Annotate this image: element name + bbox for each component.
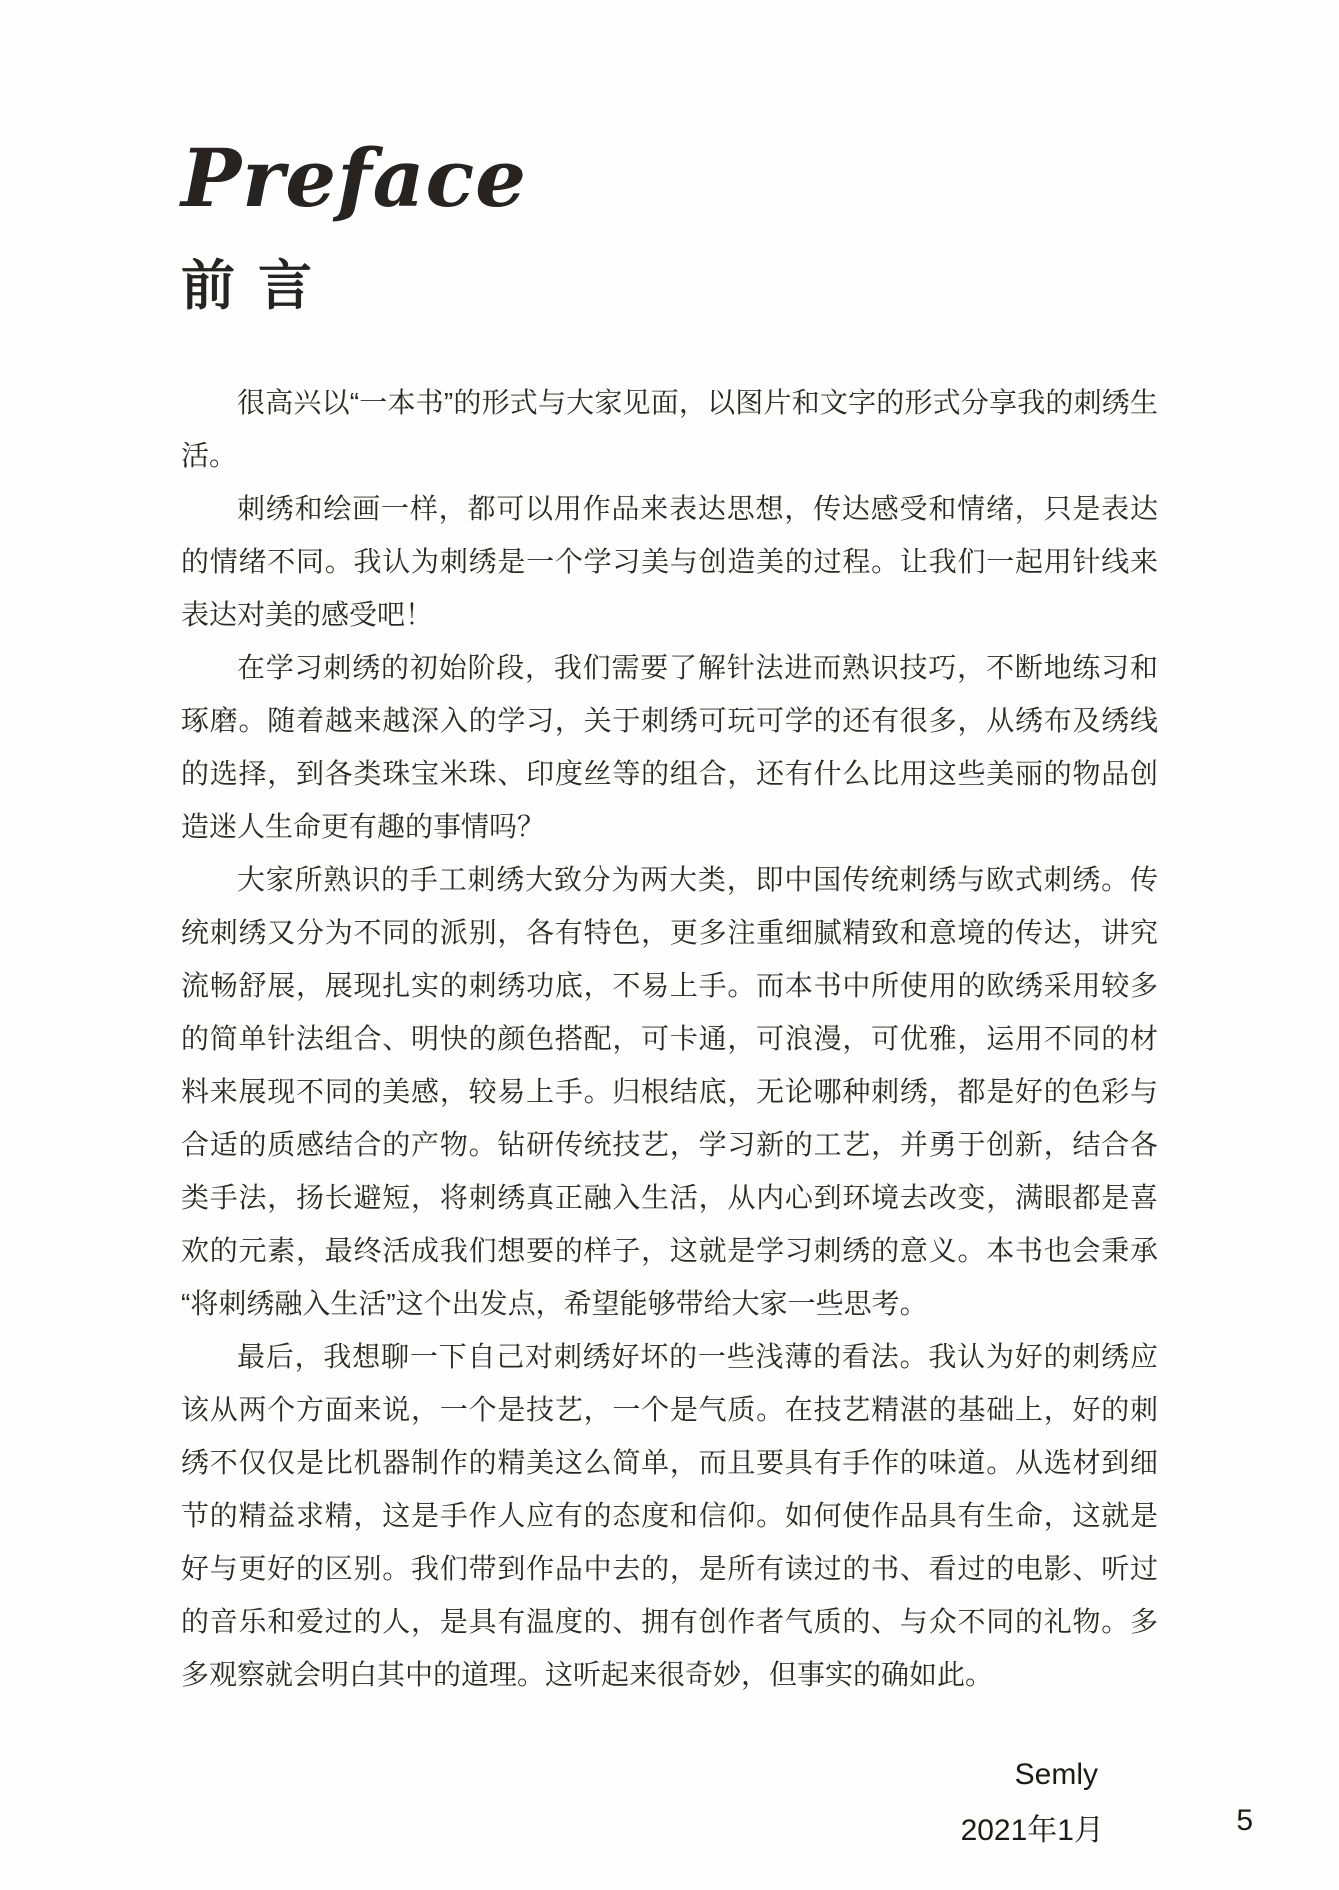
preface-paragraph: 大家所熟识的手工刺绣大致分为两大类，即中国传统刺绣与欧式刺绣。传统刺绣又分为不同… bbox=[181, 853, 1158, 1330]
preface-paragraph: 在学习刺绣的初始阶段，我们需要了解针法进而熟识技巧，不断地练习和琢磨。随着越来越… bbox=[181, 641, 1158, 853]
page-content: Preface 前 言 很高兴以“一本书”的形式与大家见面，以图片和文字的形式分… bbox=[181, 128, 1158, 1859]
page-number: 5 bbox=[1236, 1804, 1253, 1838]
page-title-english: Preface bbox=[181, 128, 1158, 228]
preface-paragraph: 刺绣和绘画一样，都可以用作品来表达思想，传达感受和情绪，只是表达的情绪不同。我认… bbox=[181, 482, 1158, 641]
preface-paragraph: 很高兴以“一本书”的形式与大家见面，以图片和文字的形式分享我的刺绣生活。 bbox=[181, 376, 1158, 482]
page-title-chinese: 前 言 bbox=[181, 254, 1158, 318]
signature-name: Semly bbox=[181, 1747, 1104, 1803]
signature-block: Semly 2021年1月 bbox=[181, 1747, 1158, 1859]
preface-body: 很高兴以“一本书”的形式与大家见面，以图片和文字的形式分享我的刺绣生活。 刺绣和… bbox=[181, 376, 1158, 1701]
preface-page: Preface 前 言 很高兴以“一本书”的形式与大家见面，以图片和文字的形式分… bbox=[0, 0, 1339, 1890]
preface-paragraph: 最后，我想聊一下自己对刺绣好坏的一些浅薄的看法。我认为好的刺绣应该从两个方面来说… bbox=[181, 1330, 1158, 1701]
signature-date: 2021年1月 bbox=[181, 1803, 1104, 1859]
